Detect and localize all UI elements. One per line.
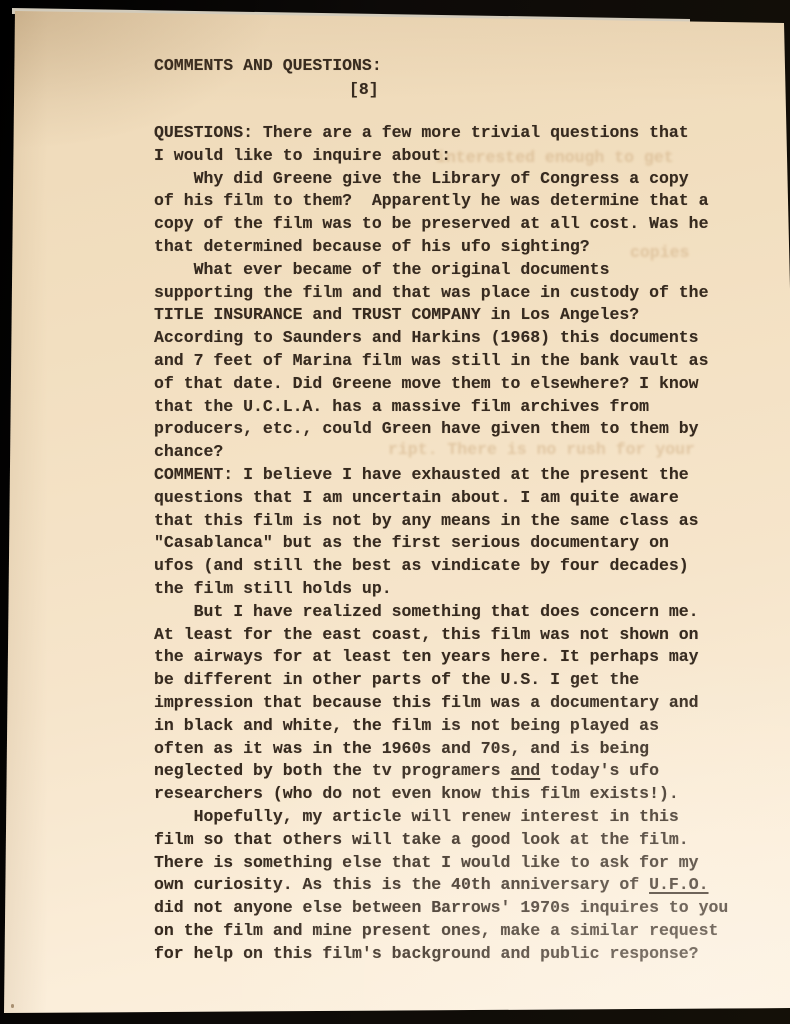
typewritten-line: be different in other parts of the U.S. … bbox=[154, 669, 728, 692]
typewritten-line: Why did Greene give the Library of Congr… bbox=[154, 168, 728, 191]
typewritten-line: QUESTIONS: There are a few more trivial … bbox=[154, 122, 728, 145]
typewritten-line: did not anyone else between Barrows' 197… bbox=[154, 897, 728, 920]
typewritten-line: copy of the film was to be preserved at … bbox=[154, 213, 728, 236]
typewritten-line: on the film and mine present ones, make … bbox=[154, 920, 728, 943]
paper-speck bbox=[11, 1004, 14, 1008]
typewritten-line: producers, etc., could Green have given … bbox=[154, 418, 728, 441]
typewritten-line: for help on this film's background and p… bbox=[154, 943, 728, 966]
typewritten-line: of that date. Did Greene move them to el… bbox=[154, 373, 728, 396]
typewritten-line: researchers (who do not even know this f… bbox=[154, 783, 728, 806]
typewritten-line: that this film is not by any means in th… bbox=[154, 510, 728, 533]
bleed-through-text: ript. There is no rush for your bbox=[388, 440, 695, 459]
typewritten-line: often as it was in the 1960s and 70s, an… bbox=[154, 738, 728, 761]
typewritten-line: neglected by both the tv programers and … bbox=[154, 760, 728, 783]
typewritten-line: impression that because this film was a … bbox=[154, 692, 728, 715]
typewritten-line: TITLE INSURANCE and TRUST COMPANY in Los… bbox=[154, 304, 728, 327]
bleed-through-text: copies bbox=[630, 243, 689, 262]
page-number: [8] bbox=[349, 79, 379, 102]
document-header: COMMENTS AND QUESTIONS: bbox=[154, 55, 382, 78]
typewritten-line: supporting the film and that was place i… bbox=[154, 282, 728, 305]
typewritten-line: ufos (and still the best as vindicate by… bbox=[154, 555, 728, 578]
typewritten-line: of his film to them? Apparently he was d… bbox=[154, 190, 728, 213]
typewritten-line: questions that I am uncertain about. I a… bbox=[154, 487, 728, 510]
typewritten-line: the airways for at least ten years here.… bbox=[154, 646, 728, 669]
typewritten-line: At least for the east coast, this film w… bbox=[154, 624, 728, 647]
typewritten-line: film so that others will take a good loo… bbox=[154, 829, 728, 852]
typewritten-line: "Casablanca" but as the first serious do… bbox=[154, 532, 728, 555]
typewritten-line: COMMENT: I believe I have exhausted at t… bbox=[154, 464, 728, 487]
typewritten-line: There is something else that I would lik… bbox=[154, 852, 728, 875]
photo-background: COMMENTS AND QUESTIONS: [8] QUESTIONS: T… bbox=[0, 0, 790, 1024]
bleed-through-text: interested enough to get bbox=[436, 148, 674, 167]
typewritten-line: in black and white, the film is not bein… bbox=[154, 715, 728, 738]
typewritten-line: the film still holds up. bbox=[154, 578, 728, 601]
typewritten-line: But I have realized something that does … bbox=[154, 601, 728, 624]
typewritten-line: Hopefully, my article will renew interes… bbox=[154, 806, 728, 829]
typewritten-line: that the U.C.L.A. has a massive film arc… bbox=[154, 396, 728, 419]
typewritten-line: What ever became of the original documen… bbox=[154, 259, 728, 282]
document-page: COMMENTS AND QUESTIONS: [8] QUESTIONS: T… bbox=[0, 0, 790, 1024]
typewritten-line: own curiosity. As this is the 40th anniv… bbox=[154, 874, 728, 897]
typewritten-line: According to Saunders and Harkins (1968)… bbox=[154, 327, 728, 350]
typewritten-line: and 7 feet of Marina film was still in t… bbox=[154, 350, 728, 373]
